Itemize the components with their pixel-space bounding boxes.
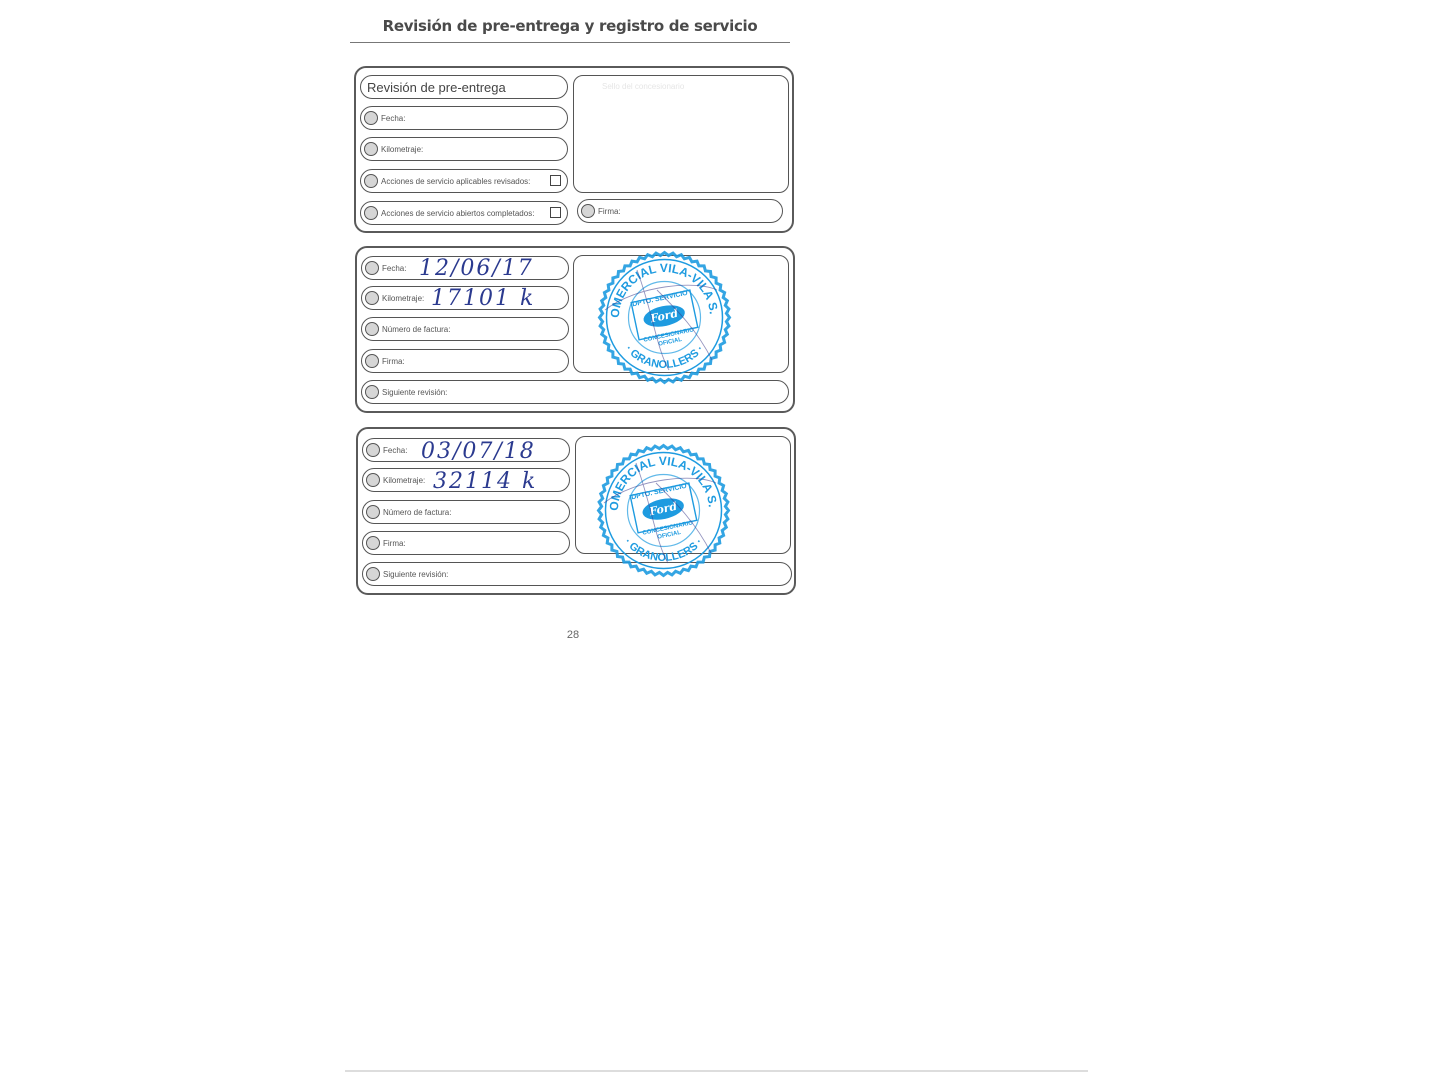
field-label: Fecha: — [383, 446, 407, 455]
handwritten-mileage: 17101 k — [431, 288, 535, 310]
pre-delivery-date-field[interactable]: Fecha: — [360, 106, 568, 130]
handwritten-date: 12/06/17 — [419, 258, 534, 280]
radio-circle-icon[interactable] — [365, 291, 379, 305]
pre-delivery-mileage-field[interactable]: Kilometraje: — [360, 137, 568, 161]
dealer-stamp-icon: COMERCIAL VILA-VILA S.A. · GRANOLLERS · … — [597, 250, 732, 385]
field-label: Firma: — [598, 207, 621, 216]
field-label: Fecha: — [381, 114, 405, 123]
radio-circle-icon[interactable] — [581, 204, 595, 218]
dealer-stamp: COMERCIAL VILA-VILA S.A. · GRANOLLERS · … — [597, 250, 732, 390]
pre-delivery-header-label: Revisión de pre-entrega — [367, 80, 506, 95]
handwritten-date: 03/07/18 — [421, 441, 536, 463]
radio-circle-icon[interactable] — [364, 111, 378, 125]
field-label: Kilometraje: — [381, 145, 423, 154]
radio-circle-icon[interactable] — [366, 536, 380, 550]
invoice-number-field[interactable]: Número de factura: — [362, 500, 570, 524]
handwritten-mileage: 32114 k — [433, 471, 537, 493]
radio-circle-icon[interactable] — [365, 322, 379, 336]
field-label: Fecha: — [382, 264, 406, 273]
service-record-card-2: Fecha: Kilometraje: Número de factura: F… — [356, 427, 796, 595]
radio-circle-icon[interactable] — [366, 505, 380, 519]
invoice-number-field[interactable]: Número de factura: — [361, 317, 569, 341]
pre-delivery-signature-field[interactable]: Firma: — [577, 199, 783, 223]
stamp-area-faint-text: Sello del concesionario — [602, 82, 684, 91]
pre-delivery-card: Revisión de pre-entrega Fecha: Kilometra… — [354, 66, 794, 233]
field-label: Firma: — [382, 357, 405, 366]
page-title: Revisión de pre-entrega y registro de se… — [350, 17, 790, 35]
radio-circle-icon[interactable] — [365, 385, 379, 399]
field-label: Acciones de servicio aplicables revisado… — [381, 177, 530, 186]
dealer-stamp-area: Sello del concesionario — [573, 75, 789, 193]
service-actions-reviewed-field[interactable]: Acciones de servicio aplicables revisado… — [360, 169, 568, 193]
radio-circle-icon[interactable] — [364, 174, 378, 188]
radio-circle-icon[interactable] — [364, 142, 378, 156]
radio-circle-icon[interactable] — [364, 206, 378, 220]
title-divider — [350, 42, 790, 43]
field-label: Acciones de servicio abiertos completado… — [381, 209, 534, 218]
field-label: Siguiente revisión: — [382, 388, 447, 397]
radio-circle-icon[interactable] — [365, 354, 379, 368]
radio-circle-icon[interactable] — [366, 567, 380, 581]
dealer-stamp: COMERCIAL VILA-VILA S.A. · GRANOLLERS · … — [596, 443, 731, 583]
dealer-stamp-icon: COMERCIAL VILA-VILA S.A. · GRANOLLERS · … — [596, 443, 731, 578]
field-label: Firma: — [383, 539, 406, 548]
field-label: Número de factura: — [382, 325, 450, 334]
pre-delivery-header: Revisión de pre-entrega — [360, 75, 568, 99]
radio-circle-icon[interactable] — [365, 261, 379, 275]
field-label: Número de factura: — [383, 508, 451, 517]
checkbox-reviewed[interactable] — [550, 175, 561, 186]
checkbox-completed[interactable] — [550, 207, 561, 218]
page-number: 28 — [553, 629, 593, 641]
field-label: Kilometraje: — [383, 476, 425, 485]
footer-divider — [345, 1070, 1088, 1072]
signature-field[interactable]: Firma: — [361, 349, 569, 373]
field-label: Kilometraje: — [382, 294, 424, 303]
field-label: Siguiente revisión: — [383, 570, 448, 579]
open-service-actions-completed-field[interactable]: Acciones de servicio abiertos completado… — [360, 201, 568, 225]
service-record-card-1: Fecha: Kilometraje: Número de factura: F… — [355, 246, 795, 413]
signature-field[interactable]: Firma: — [362, 531, 570, 555]
radio-circle-icon[interactable] — [366, 473, 380, 487]
radio-circle-icon[interactable] — [366, 443, 380, 457]
